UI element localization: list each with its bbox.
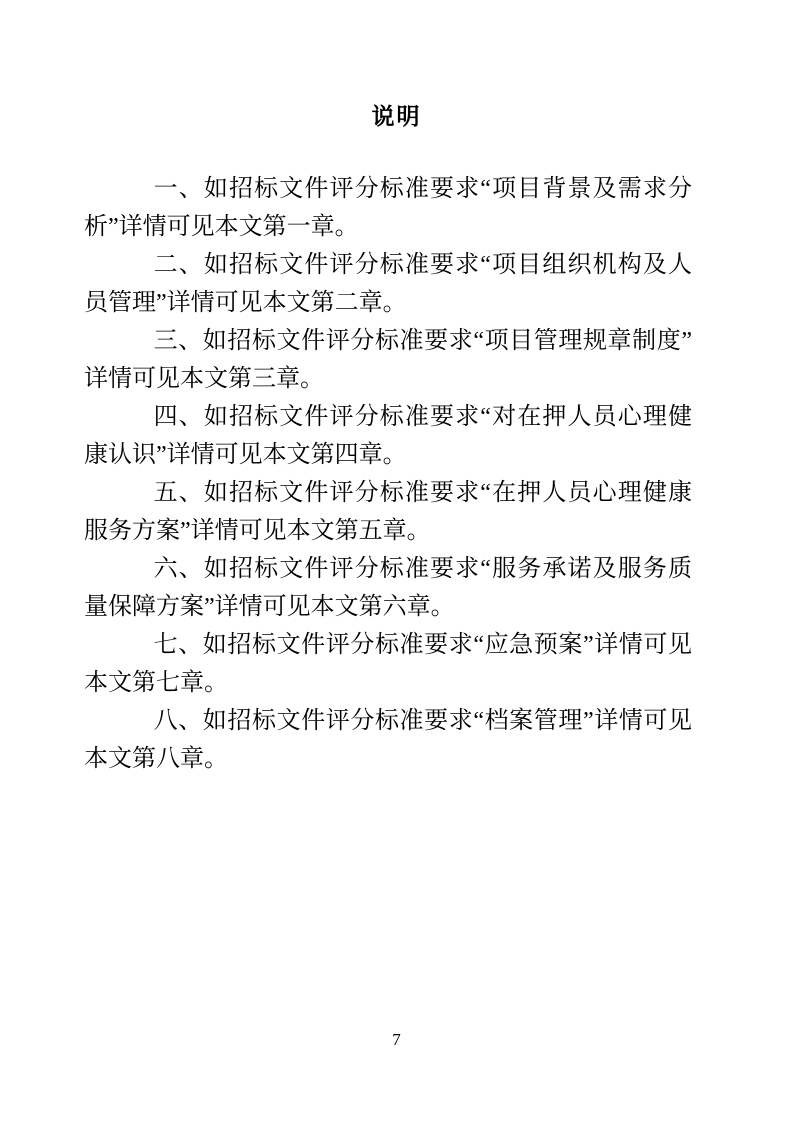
paragraph-1: 一、如招标文件评分标准要求“项目背景及需求分析”详情可见本文第一章。	[84, 170, 692, 246]
paragraph-6: 六、如招标文件评分标准要求“服务承诺及服务质量保障方案”详情可见本文第六章。	[84, 550, 692, 626]
paragraph-5: 五、如招标文件评分标准要求“在押人员心理健康服务方案”详情可见本文第五章。	[84, 474, 692, 550]
paragraph-2: 二、如招标文件评分标准要求“项目组织机构及人员管理”详情可见本文第二章。	[84, 246, 692, 322]
page-number: 7	[0, 1028, 793, 1052]
document-page: 说明 一、如招标文件评分标准要求“项目背景及需求分析”详情可见本文第一章。 二、…	[0, 0, 793, 1122]
paragraph-4: 四、如招标文件评分标准要求“对在押人员心理健康认识”详情可见本文第四章。	[84, 398, 692, 474]
page-title: 说明	[0, 102, 793, 132]
paragraph-8: 八、如招标文件评分标准要求“档案管理”详情可见本文第八章。	[84, 702, 692, 778]
document-body: 一、如招标文件评分标准要求“项目背景及需求分析”详情可见本文第一章。 二、如招标…	[84, 170, 692, 778]
paragraph-7: 七、如招标文件评分标准要求“应急预案”详情可见本文第七章。	[84, 626, 692, 702]
paragraph-3: 三、如招标文件评分标准要求“项目管理规章制度”详情可见本文第三章。	[84, 322, 692, 398]
